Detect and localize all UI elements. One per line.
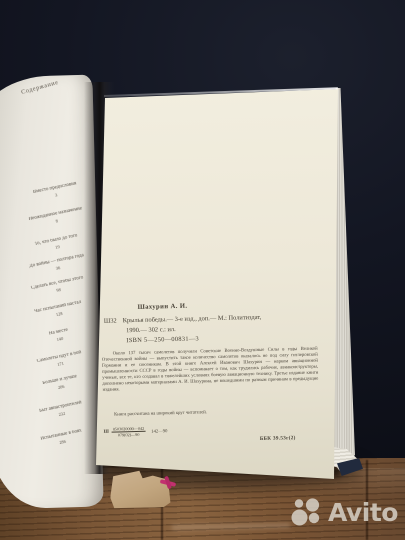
imprint-content: Шахурин А. И. Ш32Крылья победы.— 3-е изд… (91, 81, 351, 485)
avito-wordmark: Avito (328, 500, 398, 525)
bbk-code: ББК 39.53г(2) (260, 435, 296, 442)
bibliographic-text: Крылья победы.— 3-е изд., доп.— М.: Поли… (123, 314, 262, 324)
book-photo-scene: Содержание Вместо предисловия 3 Неожидан… (0, 0, 405, 540)
avito-logo-icon (291, 497, 324, 527)
library-index-code: Ш32 (104, 317, 117, 324)
bibliographic-line: Ш32Крылья победы.— 3-е изд., доп.— М.: П… (104, 312, 336, 325)
contents-heading: Содержание (20, 79, 59, 96)
readers-note: Книга рассчитана на широкий круг читател… (103, 408, 319, 418)
catalog-prefix: Ш (104, 430, 109, 435)
catalog-suffix: 142—90 (151, 428, 167, 433)
avito-watermark: Avito (291, 497, 398, 527)
author-line: Шахурин А. И. (137, 303, 187, 311)
isbn-line: ISBN 5—250—00831—3 (126, 335, 199, 344)
catalog-denominator: 079(02)—90 (112, 432, 146, 438)
catalog-fraction: 0503020000—042 079(02)—90 (112, 426, 146, 438)
imprint-page: Шахурин А. И. Ш32Крылья победы.— 3-е изд… (96, 84, 346, 482)
annotation-paragraph: Около 137 тысяч самолетов получили Совет… (102, 347, 319, 395)
bibliographic-line-2: 1990.— 302 с.: ил. (126, 326, 176, 334)
catalog-code: Ш 0503020000—042 079(02)—90 142—90 (103, 425, 167, 438)
